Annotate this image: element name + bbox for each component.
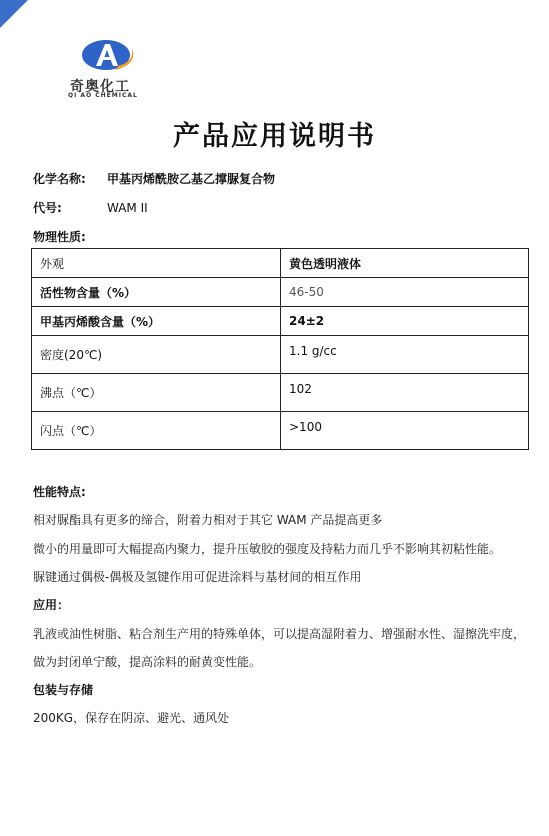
packaging-line: 200KG，保存在阴凉、避光、通风处	[33, 709, 229, 726]
property-value: 102	[281, 374, 529, 412]
chemical-name-label: 化学名称:	[33, 170, 107, 187]
company-logo: 奇奥化工 QI AO CHEMICAL	[62, 36, 150, 98]
corner-decoration	[0, 0, 28, 28]
features-heading: 性能特点:	[33, 483, 86, 500]
application-line: 乳液或油性树脂、粘合剂生产用的特殊单体，可以提高湿附着力、增强耐水性、湿擦洗牢度…	[33, 625, 525, 642]
property-key: 甲基丙烯酸含量（%）	[32, 307, 281, 336]
table-row: 甲基丙烯酸含量（%） 24±2	[32, 307, 529, 336]
property-key: 闪点（℃）	[32, 412, 281, 450]
table-row: 闪点（℃） >100	[32, 412, 529, 450]
property-value: 黄色透明液体	[281, 249, 529, 278]
packaging-heading: 包装与存储	[33, 681, 93, 698]
property-key: 密度(20℃)	[32, 336, 281, 374]
feature-line: 微小的用量即可大幅提高内聚力，提升压敏胶的强度及持粘力而几乎不影响其初粘性能。	[33, 540, 501, 557]
property-value: 1.1 g/cc	[281, 336, 529, 374]
properties-table: 外观 黄色透明液体 活性物含量（%） 46-50 甲基丙烯酸含量（%） 24±2…	[31, 248, 529, 450]
property-key: 沸点（℃）	[32, 374, 281, 412]
code-row: 代号:WAM II	[33, 199, 148, 216]
property-value: 24±2	[281, 307, 529, 336]
chemical-name-row: 化学名称:甲基丙烯酰胺乙基乙撑脲复合物	[33, 170, 275, 187]
property-key: 外观	[32, 249, 281, 278]
code-value: WAM II	[107, 201, 148, 215]
page-title: 产品应用说明书	[0, 114, 549, 153]
application-line: 做为封闭单宁酸，提高涂料的耐黄变性能。	[33, 653, 261, 670]
chemical-name-value: 甲基丙烯酰胺乙基乙撑脲复合物	[107, 172, 275, 186]
physical-properties-heading: 物理性质:	[33, 228, 86, 245]
code-label: 代号:	[33, 199, 107, 216]
property-value: 46-50	[281, 278, 529, 307]
table-row: 活性物含量（%） 46-50	[32, 278, 529, 307]
logo-a-icon	[72, 38, 142, 74]
logo-english-name: QI AO CHEMICAL	[68, 92, 138, 99]
feature-line: 相对脲酯具有更多的缔合，附着力相对于其它 WAM 产品提高更多	[33, 511, 382, 528]
property-value: >100	[281, 412, 529, 450]
property-key: 活性物含量（%）	[32, 278, 281, 307]
table-row: 外观 黄色透明液体	[32, 249, 529, 278]
table-row: 沸点（℃） 102	[32, 374, 529, 412]
application-heading: 应用：	[33, 596, 69, 613]
feature-line: 脲键通过偶极-偶极及氢键作用可促进涂料与基材间的相互作用	[33, 568, 361, 585]
table-row: 密度(20℃) 1.1 g/cc	[32, 336, 529, 374]
